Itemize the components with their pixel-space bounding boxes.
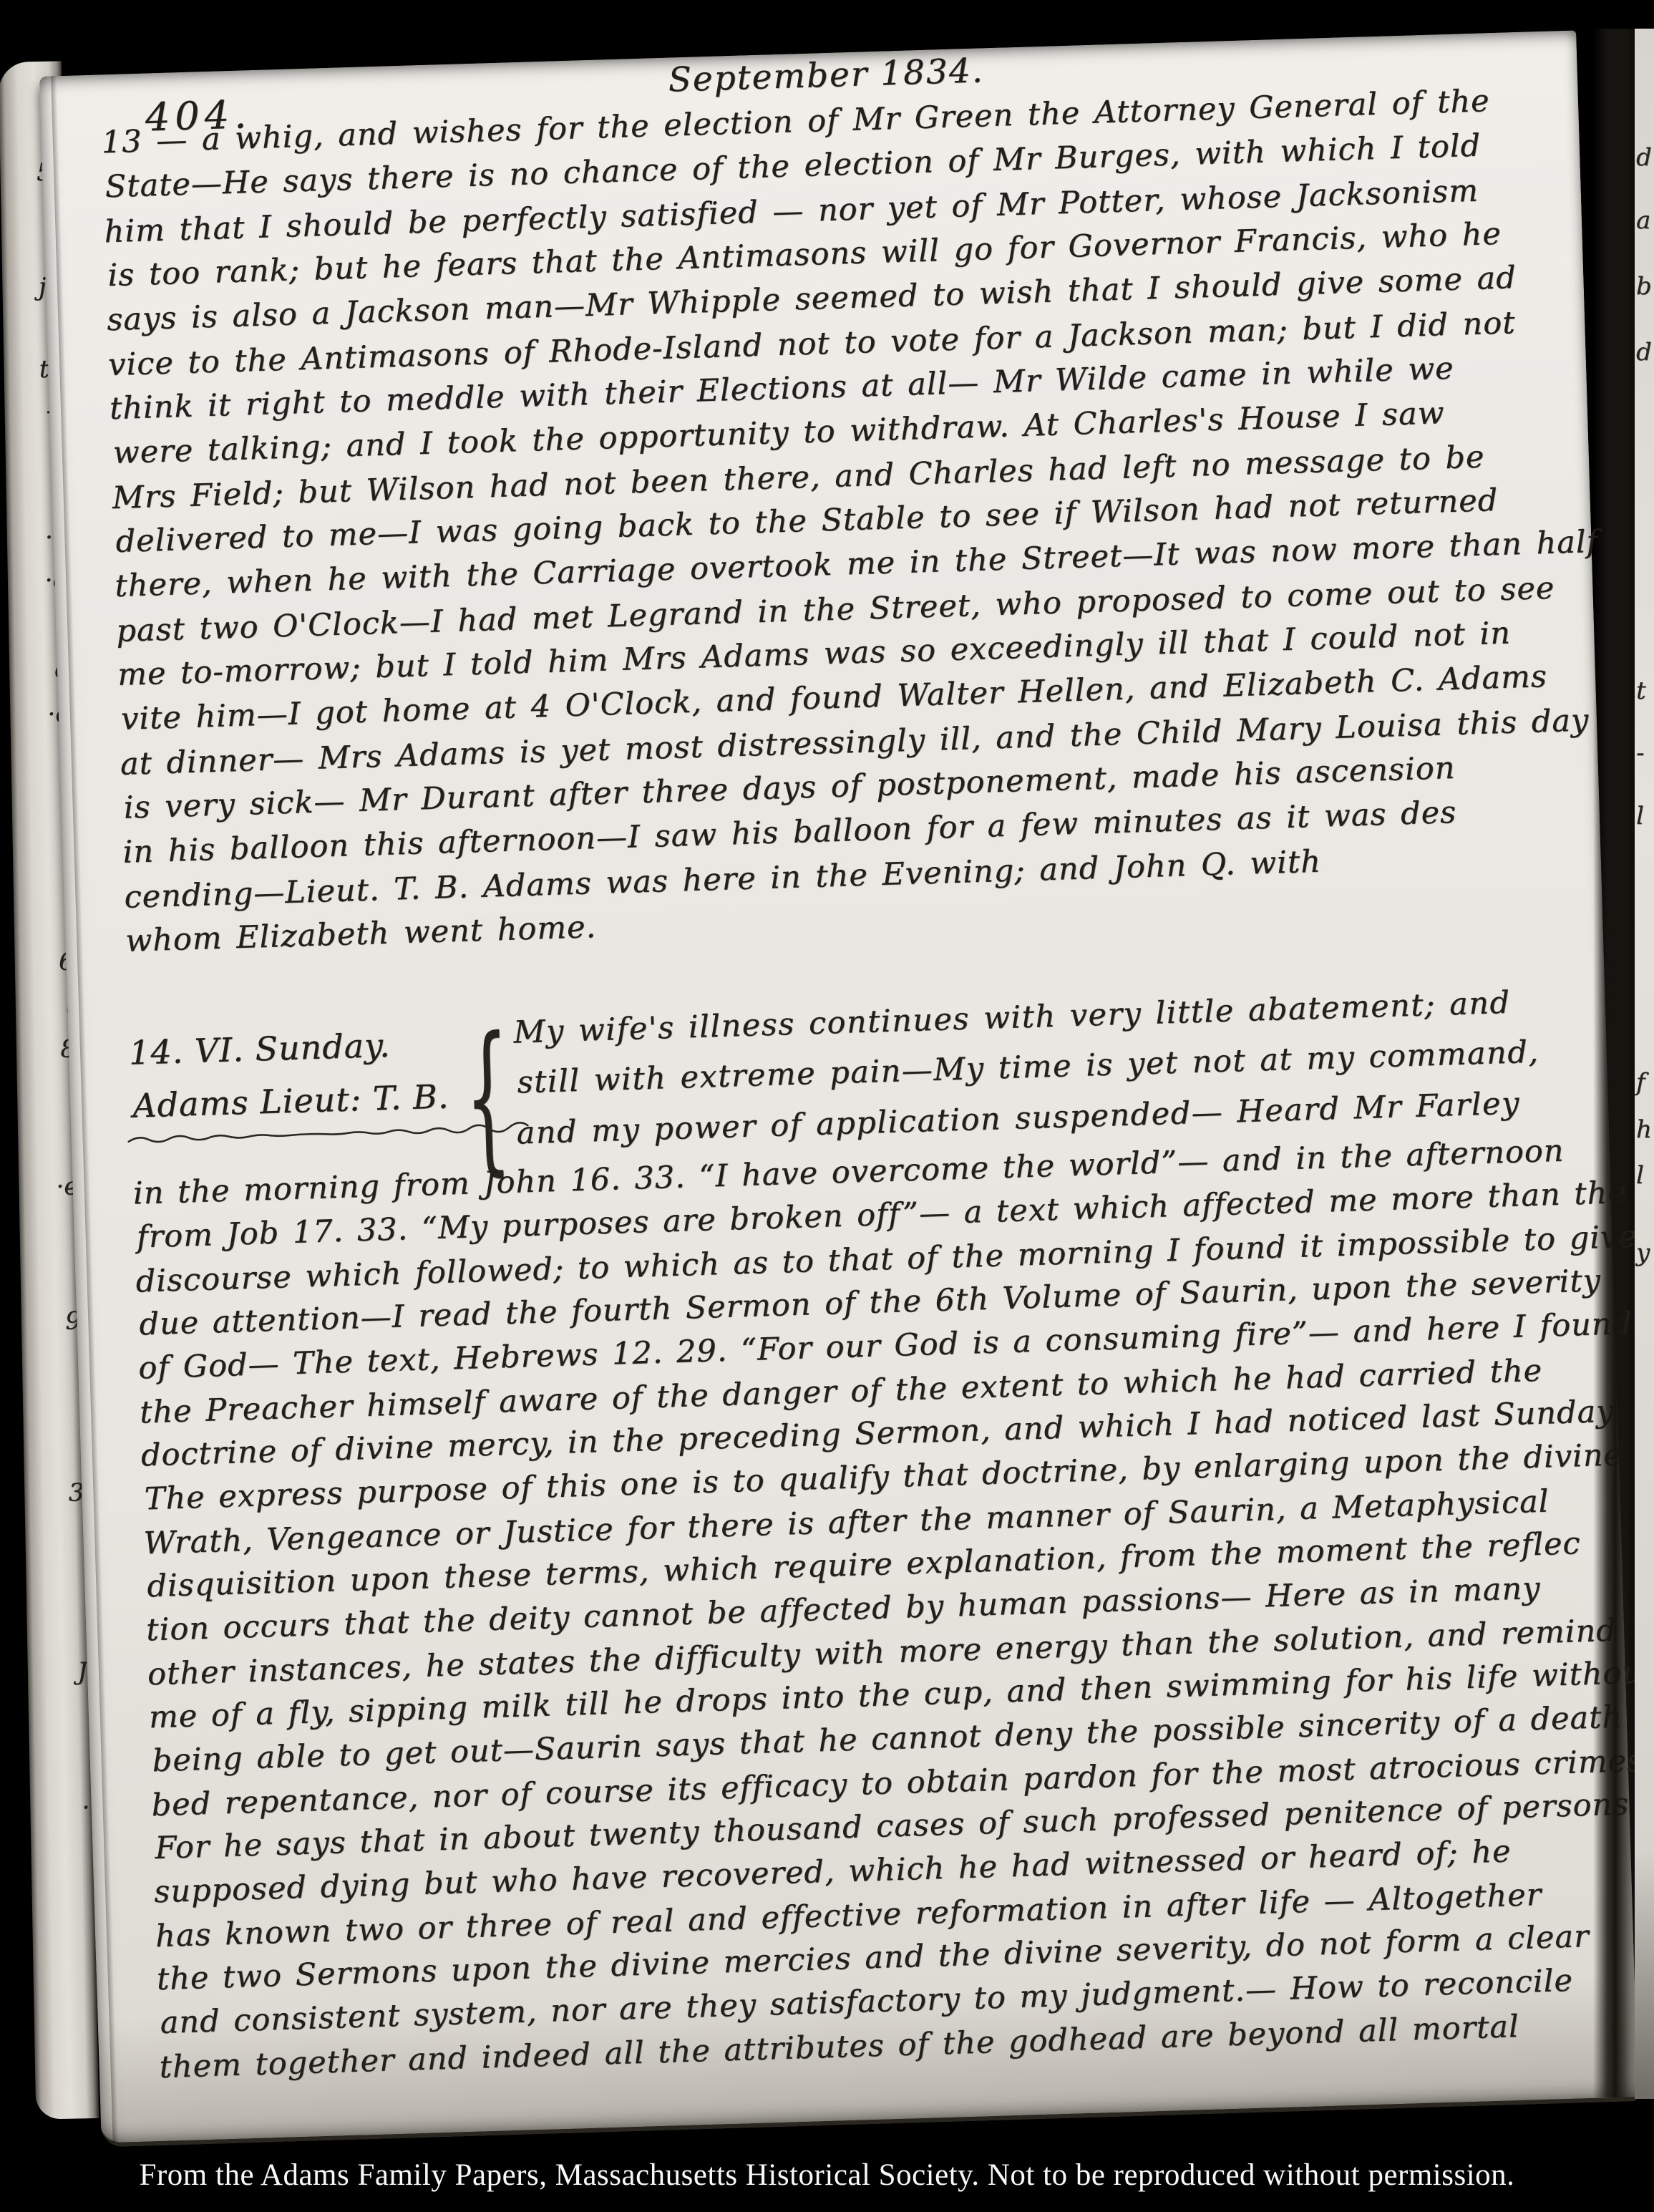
page-edge-text-fragment: - bbox=[1636, 739, 1645, 767]
diary-entry-september-14-opening: My wife's illness continues with very li… bbox=[512, 977, 1539, 1158]
page-edge-text-fragment: l bbox=[1636, 802, 1644, 830]
page-edge-text-fragment: h bbox=[1636, 1115, 1652, 1144]
page-edge-text-fragment: l bbox=[1636, 1161, 1644, 1190]
page-edge-text-fragment: f bbox=[1636, 1068, 1645, 1097]
binding-gutter-shadow bbox=[1593, 29, 1636, 2097]
page-edge-text-fragment: · bbox=[82, 1793, 90, 1822]
manuscript-page: 404. September 1834. 13 — a whig, and wi… bbox=[39, 30, 1638, 2147]
page-edge-text-fragment: t bbox=[1636, 676, 1646, 705]
diary-entry-september-14-body: in the morning from John 16. 33. “I have… bbox=[132, 1128, 1625, 2089]
margin-note-line1: 14. VI. Sunday. bbox=[128, 1017, 446, 1079]
page-edge-text-fragment: y bbox=[1636, 1238, 1650, 1267]
margin-note-line2: Adams Lieut: T. B. bbox=[132, 1069, 449, 1132]
page-edge-text-fragment: a bbox=[1636, 206, 1650, 235]
page-edge-text-fragment: d bbox=[1636, 143, 1652, 172]
header-date: September 1834. bbox=[668, 51, 985, 100]
margin-date-note: 14. VI. Sunday. Adams Lieut: T. B. bbox=[128, 1017, 447, 1132]
archive-credit-line: From the Adams Family Papers, Massachuse… bbox=[0, 2158, 1654, 2193]
page-edge-text-fragment: b bbox=[1636, 272, 1652, 301]
right-page-sliver: dabdt-lfhly bbox=[1635, 29, 1654, 2099]
page-edge-text-fragment: J bbox=[77, 1657, 87, 1686]
diary-entry-september-13: 13 — a whig, and wishes for the election… bbox=[101, 77, 1588, 964]
page-edge-text-fragment: d bbox=[1636, 338, 1652, 367]
